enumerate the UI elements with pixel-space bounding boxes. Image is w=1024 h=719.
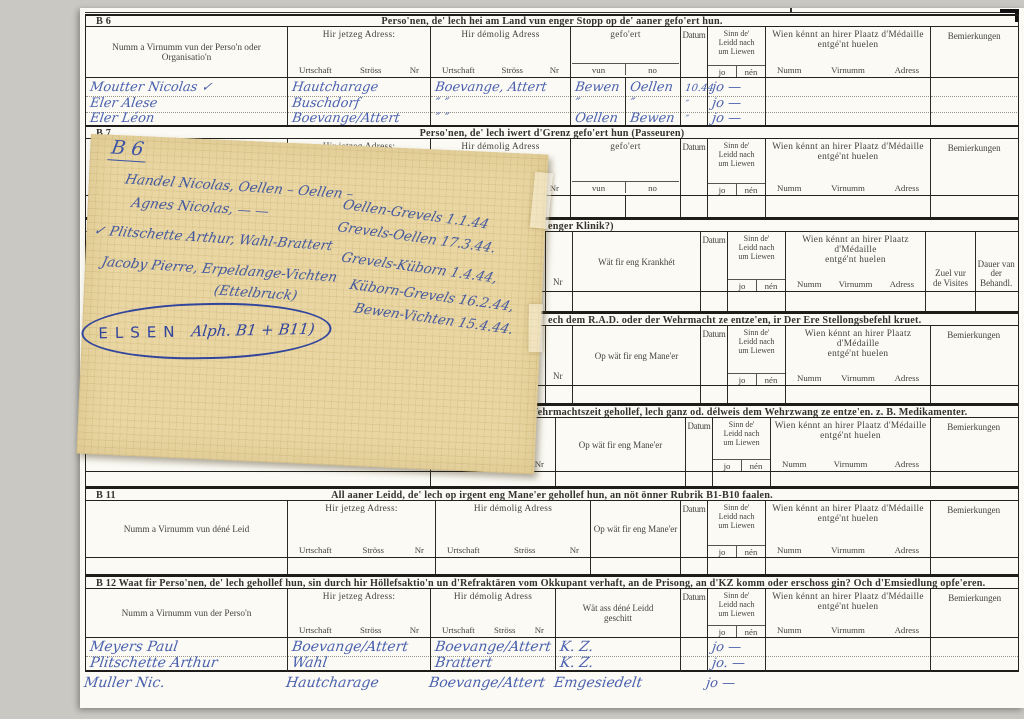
section-b6-title: B 6 Perso'nen, de' lech hei am Land vun … xyxy=(86,14,1018,27)
entry-now: Hautcharage xyxy=(281,676,380,690)
entry-name: Muller Nic. xyxy=(79,676,166,690)
section-b12-caption: Waat fir Perso'nen, de' lech gehollef hu… xyxy=(119,578,986,589)
entry-sinn: jo — xyxy=(707,641,742,655)
col-bemierkungen: Bemierkungen xyxy=(931,326,1016,385)
col-wien: Wien kénnt an hirer Plaatz d'Médailleent… xyxy=(767,592,929,612)
col-former-address: Hir démolig Adress xyxy=(437,504,589,514)
col-current-address: Hir jetzeg Adress: xyxy=(289,30,429,40)
col-name: Numm a Virnumm vun der Perso'n oder Orga… xyxy=(87,30,286,75)
entry-name: Meyers Paul xyxy=(85,640,179,654)
col-sinn: Sinn de'Leidd nachum Liewen xyxy=(708,591,765,618)
col-sinn: Sinn de'Leidd nachum Liewen xyxy=(708,503,765,530)
col-sinn: Sinn de'Leidd nachum Liewen xyxy=(728,234,785,261)
section-b6-header: Numm a Virnumm vun der Perso'n oder Orga… xyxy=(86,27,1018,78)
col-current-address: Hir jetzeg Adress: xyxy=(289,592,429,602)
section-b11-title: B 11 All aaner Leidd, de' lech op irgent… xyxy=(86,487,1018,501)
col-name: Numm a Virnumm vun der Perso'n xyxy=(87,592,286,635)
col-datum: Datum xyxy=(701,232,728,291)
section-b12-header: Numm a Virnumm vun der Perso'n Hir jetze… xyxy=(86,589,1018,638)
section-b10-caption: er Wehrmachtszeit gehollef, lech ganz od… xyxy=(516,406,967,418)
table-row: Moutter Nicolas ✓ Hautcharage Boevange, … xyxy=(86,78,1018,94)
section-b6: B 6 Perso'nen, de' lech hei am Land vun … xyxy=(85,14,1019,127)
note-heading: B 6 xyxy=(107,136,149,162)
section-b6-id: B 6 xyxy=(96,16,111,27)
entry-old: Boevange/Attert xyxy=(430,640,552,654)
col-sinn: Sinn de'Leidd nachum Liewen xyxy=(728,328,785,355)
col-maneer: Op wät fir eng Mane'er xyxy=(556,418,686,471)
col-name: Numm a Virnumm vun déné Leid xyxy=(87,504,286,555)
col-sinn: Sinn de'Leidd nachum Liewen xyxy=(708,141,765,168)
col-wien: Wien kénnt an hirer Plaatz d'Médailleent… xyxy=(767,142,929,162)
col-former-address: Hir démolig Adress xyxy=(432,592,554,602)
col-former-address: Hir démolig Adress xyxy=(432,30,569,40)
previous-table-divider xyxy=(790,8,792,13)
col-bemierkungen: Bemierkungen xyxy=(931,418,1016,471)
col-gefoert: gefo'ert xyxy=(572,142,679,152)
note-elsen-name: ELSEN xyxy=(98,323,181,343)
note-elsen-detail: Alph. B1 + B11) xyxy=(190,320,315,341)
col-datum: Datum xyxy=(681,27,708,77)
col-maneer: Op wät fir eng Mane'er xyxy=(591,501,681,557)
entry-old: Brattert xyxy=(430,656,493,670)
section-b11-id: B 11 xyxy=(96,489,116,501)
section-b7-caption: Perso'nen, de' lech iwert d'Grenz gefo'e… xyxy=(420,128,685,139)
col-wien: Wien kénnt an hirer Plaatz d'Médailleent… xyxy=(787,329,929,359)
col-current-address: Hir jetzeg Adress: xyxy=(289,504,434,514)
section-b12-title: B 12 Waat fir Perso'nen, de' lech geholl… xyxy=(86,575,1018,589)
col-gefoert: gefo'ert xyxy=(572,30,679,40)
table-row: Meyers Paul Boevange/Attert Boevange/Att… xyxy=(86,638,1018,654)
col-wien: Wien kénnt an hirer Plaatz d'Médailleent… xyxy=(787,235,924,265)
entry-what: K. Z. xyxy=(555,640,594,654)
col-bemierkungen: Bemierkungen xyxy=(931,589,1018,637)
note-line: Agnes Nicolas, — — xyxy=(130,195,271,220)
col-datum: Datum xyxy=(681,589,708,637)
section-b6-rows: Moutter Nicolas ✓ Hautcharage Boevange, … xyxy=(86,78,1018,127)
entry-sinn: jo — xyxy=(701,677,736,691)
col-wien: Wien kénnt an hirer Plaatz d'Médailleent… xyxy=(767,504,929,524)
table-row: Eler Léon Boevange/Attert ″ ″ Oellen Bew… xyxy=(86,109,1018,125)
col-datum: Datum xyxy=(681,501,708,557)
extra-handwritten-row: Muller Nic. Hautcharage Boevange/Attert … xyxy=(80,674,1014,692)
section-b12-id: B 12 xyxy=(96,577,116,589)
entry-now: Boevange/Attert xyxy=(287,640,409,654)
table-row: Plitschette Arthur Wahl Brattert K. Z. j… xyxy=(86,654,1018,670)
note-line: (Ettelbruck) xyxy=(212,283,298,304)
entry-now: Wahl xyxy=(287,656,328,670)
section-b6-caption: Perso'nen, de' lech hei am Land vun enge… xyxy=(381,16,722,27)
table-row xyxy=(86,472,1018,486)
col-wien: Wien kénnt an hirer Plaatz d'Médailleent… xyxy=(767,30,929,50)
col-nr: Nr xyxy=(546,232,573,291)
entry-name: Plitschette Arthur xyxy=(85,656,218,670)
table-row xyxy=(86,558,1018,574)
entry-sinn: jo. — xyxy=(707,657,746,671)
section-b8-caption: enger Klinik?) xyxy=(548,220,614,232)
col-what-happened: Wät ass déné Leiddgeschitt xyxy=(556,589,681,637)
col-dauer: Dauer vander Behandl. xyxy=(976,232,1016,291)
col-bemierkungen: Bemierkungen xyxy=(931,501,1016,557)
col-wien: Wien kénnt an hirer Plaatz d'Médailleent… xyxy=(772,421,929,441)
entry-old: Boevange/Attert xyxy=(424,676,546,690)
col-datum: Datum xyxy=(701,326,728,385)
col-datum: Datum xyxy=(686,418,713,471)
col-nr: Nr xyxy=(546,326,573,385)
note-line: ✓ Plitschette Arthur, Wahl-Brattert xyxy=(92,222,334,254)
entry-what: K. Z. xyxy=(555,656,594,670)
note-circled-annotation: ELSEN Alph. B1 + B11) xyxy=(81,300,332,361)
table-row: Eler Alese Buschdorf ″ ″ ″ ″ ″ jo — xyxy=(86,94,1018,110)
section-b12-rows: Meyers Paul Boevange/Attert Boevange/Att… xyxy=(86,638,1018,672)
col-maneer: Op wät fir eng Mane'er xyxy=(573,326,701,385)
col-datum: Datum xyxy=(681,139,708,195)
col-bemierkungen: Bemierkungen xyxy=(931,139,1017,195)
section-b9-caption: ech dem R.A.D. oder der Wehrmacht ze ent… xyxy=(548,314,921,326)
col-bemierkungen: Bemierkungen xyxy=(931,27,1017,77)
entry-what: Emgesiedelt xyxy=(549,676,643,690)
col-sinn: Sinn de'Leidd nachum Liewen xyxy=(708,29,765,56)
section-b11-header: Numm a Virnumm vun déné Leid Hir jetzeg … xyxy=(86,501,1018,558)
previous-table-bottom-line xyxy=(85,12,1019,13)
col-krankheit: Wät fir eng Krankhét xyxy=(573,232,701,291)
section-b11-caption: All aaner Leidd, de' lech op irgent eng … xyxy=(331,490,773,501)
section-b12: B 12 Waat fir Perso'nen, de' lech geholl… xyxy=(85,575,1019,672)
section-b7-title: B 7 Perso'nen, de' lech iwert d'Grenz ge… xyxy=(86,125,1018,139)
note-line: Jacoby Pierre, Erpeldange-Vichten xyxy=(100,254,339,285)
yellow-paper-note: B 6 Handel Nicolas, Oellen – Oellen – Oe… xyxy=(76,134,548,474)
col-sinn: Sinn de'Leidd nachum Liewen xyxy=(713,420,770,447)
section-b11: B 11 All aaner Leidd, de' lech op irgent… xyxy=(85,487,1019,576)
col-zuel: Zuel vurde Visites xyxy=(926,232,976,291)
scanned-form-sheet: B 6 Perso'nen, de' lech hei am Land vun … xyxy=(80,8,1024,708)
